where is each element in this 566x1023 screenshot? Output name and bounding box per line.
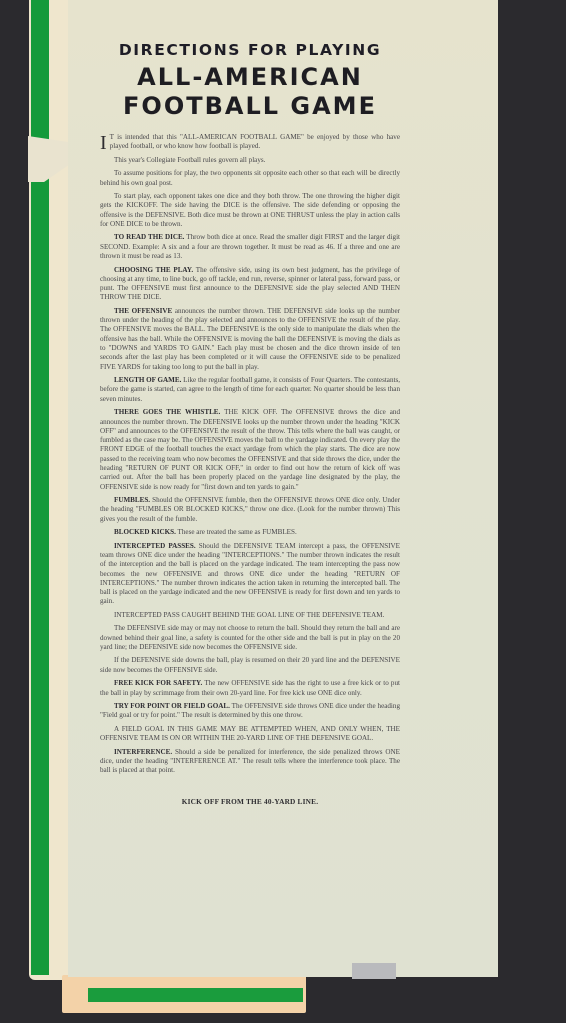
rule-paragraph: FUMBLES. Should the OFFENSIVE fumble, th…	[100, 496, 400, 524]
rule-paragraph: A FIELD GOAL IN THIS GAME MAY BE ATTEMPT…	[100, 725, 400, 744]
rule-text: To start play, each opponent takes one d…	[100, 192, 400, 228]
rule-text: The DEFENSIVE side may or may not choose…	[100, 624, 400, 651]
title-line-2: FOOTBALL GAME	[100, 92, 400, 121]
rule-heading: BLOCKED KICKS.	[114, 528, 176, 536]
rule-heading: TO READ THE DICE.	[114, 233, 184, 241]
drop-cap: I	[100, 134, 107, 152]
intro-text: T is intended that this "ALL-AMERICAN FO…	[110, 133, 400, 150]
intro-paragraph: IT is intended that this "ALL-AMERICAN F…	[100, 133, 400, 152]
rule-paragraph: This year's Collegiate Football rules go…	[100, 156, 400, 165]
rule-heading: CHOOSING THE PLAY.	[114, 266, 193, 274]
rule-heading: THERE GOES THE WHISTLE.	[114, 408, 220, 416]
rule-paragraph: BLOCKED KICKS. These are treated the sam…	[100, 528, 400, 537]
rule-text: INTERCEPTED PASS CAUGHT BEHIND THE GOAL …	[114, 611, 384, 619]
rule-paragraph: The DEFENSIVE side may or may not choose…	[100, 624, 400, 652]
title-directions: DIRECTIONS FOR PLAYING	[100, 41, 400, 59]
rule-heading: FUMBLES.	[114, 496, 150, 504]
rule-text: These are treated the same as FUMBLES.	[176, 528, 297, 536]
rule-text: announces the number thrown. THE DEFENSI…	[100, 307, 400, 371]
rule-paragraph: To start play, each opponent takes one d…	[100, 192, 400, 229]
instructions-content: DIRECTIONS FOR PLAYING ALL-AMERICAN FOOT…	[100, 36, 400, 806]
rules-body: IT is intended that this "ALL-AMERICAN F…	[100, 133, 400, 775]
rule-heading: FREE KICK FOR SAFETY.	[114, 679, 202, 687]
rule-text: This year's Collegiate Football rules go…	[114, 156, 265, 164]
rule-paragraph: THE OFFENSIVE announces the number throw…	[100, 307, 400, 372]
rule-paragraphs: This year's Collegiate Football rules go…	[100, 156, 400, 776]
rule-text: Should the DEFENSIVE TEAM intercept a pa…	[100, 542, 400, 606]
rule-heading: INTERCEPTED PASSES.	[114, 542, 196, 550]
rule-paragraph: To assume positions for play, the two op…	[100, 169, 400, 188]
rule-paragraph: INTERCEPTED PASSES. Should the DEFENSIVE…	[100, 542, 400, 607]
rule-text: THE KICK OFF. The OFFENSIVE throws the d…	[100, 408, 400, 490]
rule-heading: INTERFERENCE.	[114, 748, 172, 756]
rule-text: A FIELD GOAL IN THIS GAME MAY BE ATTEMPT…	[100, 725, 400, 742]
bottom-green-stripe	[88, 988, 303, 1002]
rule-paragraph: TRY FOR POINT OR FIELD GOAL. The OFFENSI…	[100, 702, 400, 721]
title-line-1: ALL-AMERICAN	[100, 63, 400, 92]
rule-text: To assume positions for play, the two op…	[100, 169, 400, 186]
rule-heading: THE OFFENSIVE	[114, 307, 172, 315]
rule-paragraph: THERE GOES THE WHISTLE. THE KICK OFF. Th…	[100, 408, 400, 492]
rule-paragraph: LENGTH OF GAME. Like the regular footbal…	[100, 376, 400, 404]
rule-heading: TRY FOR POINT OR FIELD GOAL.	[114, 702, 230, 710]
rule-paragraph: INTERCEPTED PASS CAUGHT BEHIND THE GOAL …	[100, 611, 400, 620]
rule-paragraph: TO READ THE DICE. Throw both dice at onc…	[100, 233, 400, 261]
rule-paragraph: CHOOSING THE PLAY. The offensive side, u…	[100, 266, 400, 303]
rule-paragraph: INTERFERENCE. Should a side be penalized…	[100, 748, 400, 776]
rule-heading: LENGTH OF GAME.	[114, 376, 181, 384]
torn-notch	[352, 963, 396, 979]
rule-paragraph: FREE KICK FOR SAFETY. The new OFFENSIVE …	[100, 679, 400, 698]
rule-text: If the DEFENSIVE side downs the ball, pl…	[100, 656, 400, 673]
title-game-name: ALL-AMERICAN FOOTBALL GAME	[100, 63, 400, 121]
rule-paragraph: If the DEFENSIVE side downs the ball, pl…	[100, 656, 400, 675]
closing-line: KICK OFF FROM THE 40-YARD LINE.	[100, 797, 400, 806]
